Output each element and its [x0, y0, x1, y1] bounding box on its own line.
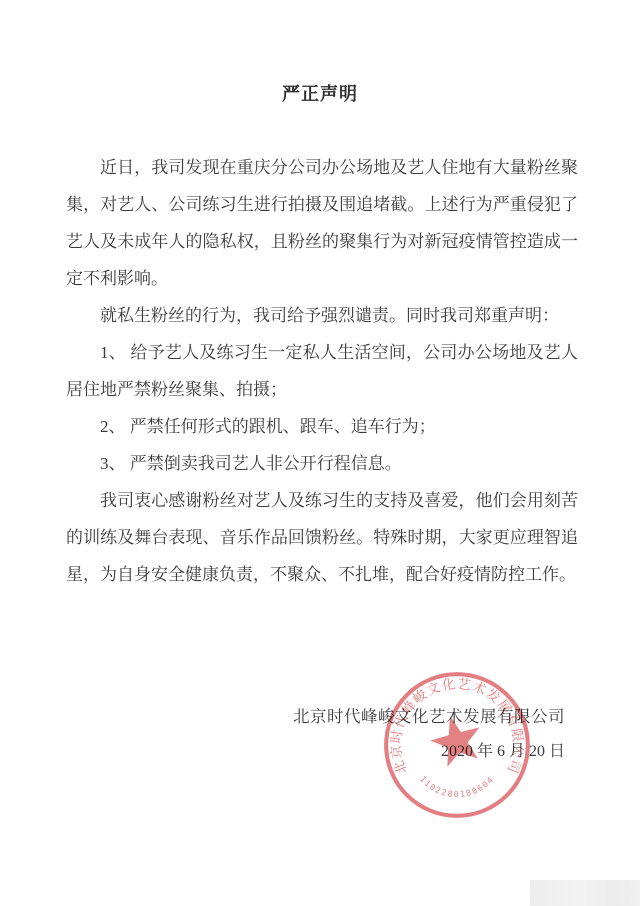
document-title: 严正声明: [0, 80, 640, 106]
paragraph: 近日，我司发现在重庆分公司办公场地及艺人住地有大量粉丝聚集，对艺人、公司练习生进…: [66, 149, 578, 297]
document-body: 近日，我司发现在重庆分公司办公场地及艺人住地有大量粉丝聚集，对艺人、公司练习生进…: [66, 149, 578, 593]
paragraph: 2、 严禁任何形式的跟机、跟车、追车行为；: [66, 408, 578, 445]
star-icon: [426, 710, 487, 770]
paragraph: 就私生粉丝的行为，我司给予强烈谴责。同时我司郑重声明：: [66, 297, 578, 334]
paragraph: 我司衷心感谢粉丝对艺人及练习生的支持及喜爱，他们会用刻苦的训练及舞台表现、音乐作…: [66, 482, 578, 593]
seal-serial-number: 1102280100604: [418, 774, 496, 799]
paragraph: 1、 给予艺人及练习生一定私人生活空间，公司办公场地及艺人居住地严禁粉丝聚集、拍…: [66, 334, 578, 408]
statement-document: 严正声明 近日，我司发现在重庆分公司办公场地及艺人住地有大量粉丝聚集，对艺人、公…: [0, 0, 640, 906]
paragraph: 3、 严禁倒卖我司艺人非公开行程信息。: [66, 445, 578, 482]
svg-text:1102280100604: 1102280100604: [418, 774, 496, 799]
company-seal-icon: 北京时代峰峻文化艺术发展有限公司 1102280100604: [380, 668, 534, 822]
corner-artifact: [530, 880, 640, 906]
